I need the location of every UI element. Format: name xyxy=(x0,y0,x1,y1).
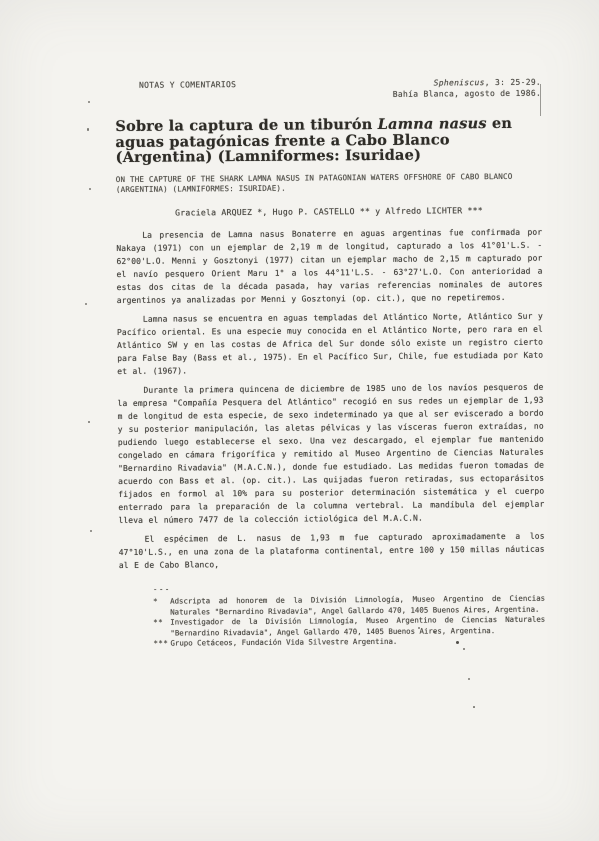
article-title: Sobre la captura de un tiburón Lamna nas… xyxy=(115,116,529,166)
paragraph: La presencia de Lamna nasus Bonaterre en… xyxy=(116,225,543,306)
scan-speck xyxy=(89,188,91,190)
journal-citation: Spheniscus, 3: 25-29. Bahía Blanca, agos… xyxy=(393,77,542,100)
page-content: NOTAS Y COMENTARIOS Spheniscus, 3: 25-29… xyxy=(115,77,545,650)
running-header: NOTAS Y COMENTARIOS Spheniscus, 3: 25-29… xyxy=(115,77,541,102)
scan-speck xyxy=(88,421,90,423)
footnote: * Adscripta ad honorem de la División Li… xyxy=(153,594,545,618)
section-header: NOTAS Y COMENTARIOS xyxy=(139,79,236,91)
scanned-document-page: { "doc": { "header": { "section": "NOTAS… xyxy=(0,0,599,841)
footnote-text: Investigador de la División Limnología, … xyxy=(170,615,545,639)
footnote-separator: --- xyxy=(153,581,545,595)
scan-speck xyxy=(473,706,475,708)
footnote: ** Investigador de la División Limnologí… xyxy=(153,615,545,639)
paragraph: Lamna nasus se encuentra en aguas templa… xyxy=(117,309,543,377)
paragraph: El espécimen de L. nasus de 1,93 m fue c… xyxy=(119,529,545,571)
footnote: *** Grupo Cetáceos, Fundación Vida Silve… xyxy=(153,636,545,650)
journal-volume-pages: , 3: 25-29. xyxy=(485,78,541,87)
scan-speck xyxy=(85,303,87,305)
paragraph: Durante la primera quincena de diciembre… xyxy=(117,380,544,526)
article-body: La presencia de Lamna nasus Bonaterre en… xyxy=(116,225,545,571)
authors-line: Graciela ARQUEZ *, Hugo P. CASTELLO ** y… xyxy=(116,204,542,217)
footnotes-block: --- * Adscripta ad honorem de la Divisió… xyxy=(119,581,546,650)
english-title: ON THE CAPTURE OF THE SHARK LAMNA NASUS … xyxy=(116,171,542,194)
scan-speck xyxy=(463,648,465,650)
scan-speck xyxy=(87,128,89,131)
journal-place-date: Bahía Blanca, agosto de 1986. xyxy=(393,89,541,99)
footnote-marker: ** xyxy=(153,618,170,639)
scan-speck xyxy=(88,101,90,103)
footnote-text: Adscripta ad honorem de la División Limn… xyxy=(170,594,545,618)
footnote-marker: *** xyxy=(153,639,170,650)
journal-name: Spheniscus xyxy=(434,78,485,87)
footnote-text: Grupo Cetáceos, Fundación Vida Silvestre… xyxy=(170,636,545,650)
scan-speck xyxy=(468,678,470,680)
footnote-marker: * xyxy=(153,597,170,618)
scan-speck xyxy=(90,530,92,532)
